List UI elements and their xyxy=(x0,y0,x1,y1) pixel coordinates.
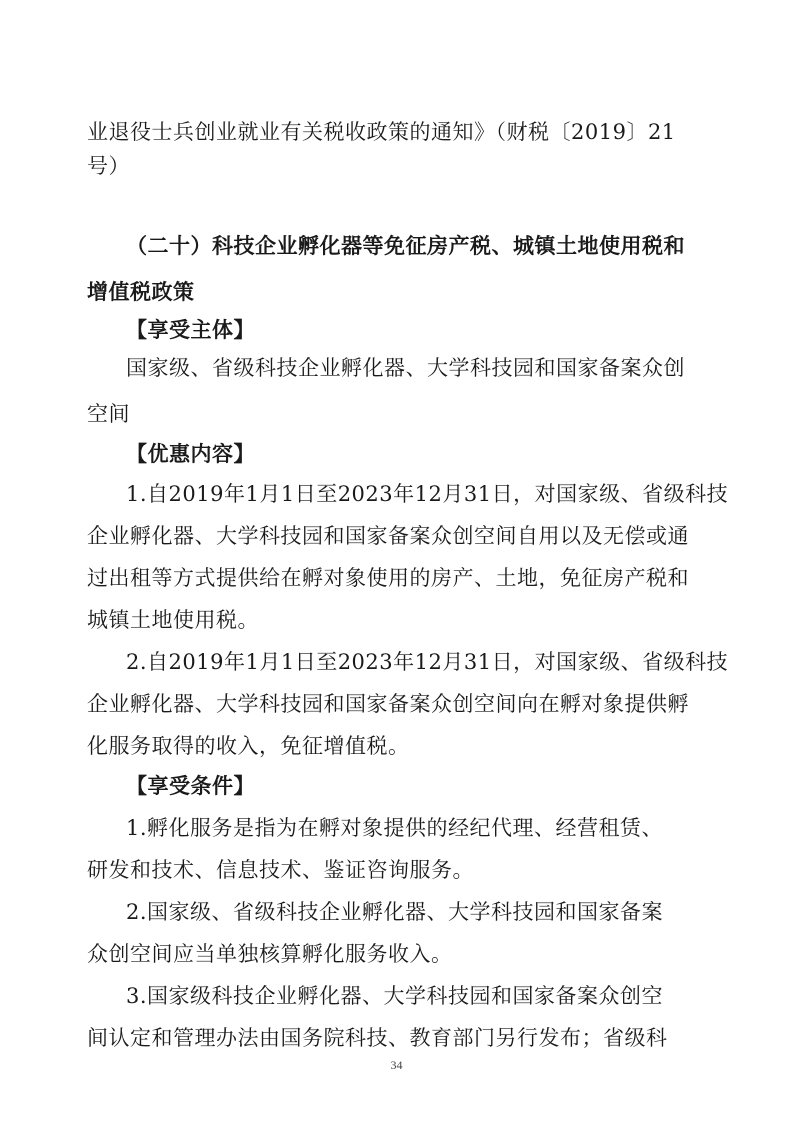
text-line: 空间 xyxy=(87,400,130,428)
text-line: 过出租等方式提供给在孵对象使用的房产、土地，免征房产税和 xyxy=(87,564,689,592)
subheading-benefits: 【优惠内容】 xyxy=(126,440,255,468)
section-heading: （二十）科技企业孵化器等免征房产税、城镇土地使用税和 xyxy=(126,232,685,260)
section-heading-cont: 增值税政策 xyxy=(87,278,195,306)
text-line: 企业孵化器、大学科技园和国家备案众创空间自用以及无偿或通 xyxy=(87,522,689,550)
text-line: 化服务取得的收入，免征增值税。 xyxy=(87,732,410,760)
text-line: 众创空间应当单独核算孵化服务收入。 xyxy=(87,940,453,968)
page-number: 34 xyxy=(0,1058,793,1073)
text-line: 国家级、省级科技企业孵化器、大学科技园和国家备案众创 xyxy=(126,354,685,382)
subheading-beneficiary: 【享受主体】 xyxy=(126,316,255,344)
text-line: 1.自2019年1月1日至2023年12月31日，对国家级、省级科技 xyxy=(126,480,728,508)
text-line: 企业孵化器、大学科技园和国家备案众创空间向在孵对象提供孵 xyxy=(87,690,689,718)
text-line: 2.自2019年1月1日至2023年12月31日，对国家级、省级科技 xyxy=(126,648,728,676)
text-line: 3.国家级科技企业孵化器、大学科技园和国家备案众创空 xyxy=(126,982,663,1010)
text-line: 2.国家级、省级科技企业孵化器、大学科技园和国家备案 xyxy=(126,898,663,926)
text-line: 号） xyxy=(87,152,130,180)
text-line: 间认定和管理办法由国务院科技、教育部门另行发布；省级科 xyxy=(87,1024,668,1052)
subheading-conditions: 【享受条件】 xyxy=(126,772,255,800)
text-line: 城镇土地使用税。 xyxy=(87,606,259,634)
text-line: 1.孵化服务是指为在孵对象提供的经纪代理、经营租赁、 xyxy=(126,814,663,842)
text-line: 业退役士兵创业就业有关税收政策的通知》（财税〔2019〕21 xyxy=(87,118,676,146)
text-line: 研发和技术、信息技术、鉴证咨询服务。 xyxy=(87,856,474,884)
